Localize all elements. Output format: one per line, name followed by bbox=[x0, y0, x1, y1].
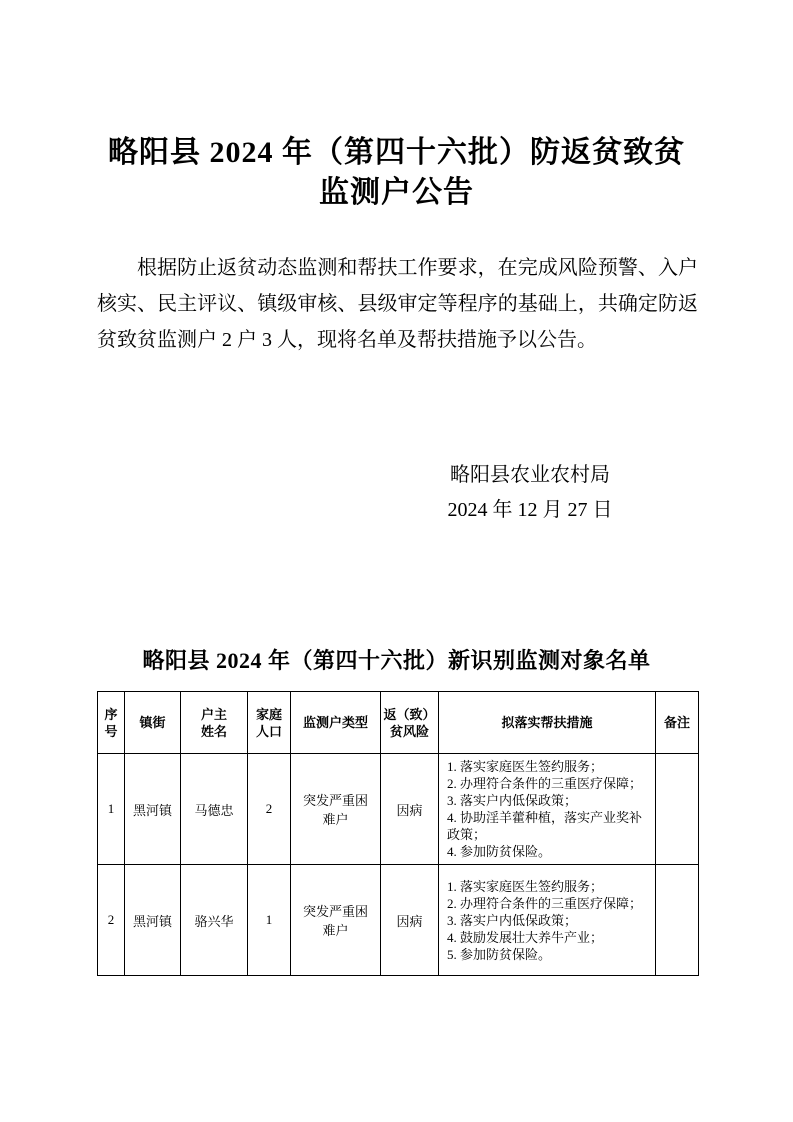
col-header-measures: 拟落实帮扶措施 bbox=[439, 692, 656, 754]
document-page: 略阳县 2024 年（第四十六批）防返贫致贫 监测户公告 根据防止返贫动态监测和… bbox=[0, 0, 793, 1122]
cell-risk: 因病 bbox=[381, 865, 439, 976]
cell-householder: 马德忠 bbox=[181, 754, 248, 865]
cell-town: 黑河镇 bbox=[125, 754, 181, 865]
col-header-risk: 返（致） 贫风险 bbox=[381, 692, 439, 754]
cell-household-type: 突发严重困难户 bbox=[291, 865, 381, 976]
issuer-name: 略阳县农业农村局 bbox=[441, 458, 619, 493]
col-header-remarks: 备注 bbox=[656, 692, 699, 754]
table-title: 略阳县 2024 年（第四十六批）新识别监测对象名单 bbox=[0, 644, 793, 675]
monitoring-roster-table: 序 号 镇街 户主 姓名 家庭 人口 监测户类型 返（致） 贫风险 拟落实帮扶措… bbox=[97, 691, 699, 976]
cell-remark bbox=[656, 865, 699, 976]
col-header-householder: 户主 姓名 bbox=[181, 692, 248, 754]
cell-household-type: 突发严重困难户 bbox=[291, 754, 381, 865]
table-row: 2 黑河镇 骆兴华 1 突发严重困难户 因病 1. 落实家庭医生签约服务； 2.… bbox=[98, 865, 699, 976]
cell-householder: 骆兴华 bbox=[181, 865, 248, 976]
signature-block: 略阳县农业农村局 2024 年 12 月 27 日 bbox=[441, 458, 619, 528]
document-title: 略阳县 2024 年（第四十六批）防返贫致贫 监测户公告 bbox=[0, 133, 793, 213]
col-header-serial: 序 号 bbox=[98, 692, 125, 754]
col-header-household-type: 监测户类型 bbox=[291, 692, 381, 754]
table-row: 1 黑河镇 马德忠 2 突发严重困难户 因病 1. 落实家庭医生签约服务； 2.… bbox=[98, 754, 699, 865]
cell-family-size: 1 bbox=[248, 865, 291, 976]
table-header-row: 序 号 镇街 户主 姓名 家庭 人口 监测户类型 返（致） 贫风险 拟落实帮扶措… bbox=[98, 692, 699, 754]
cell-family-size: 2 bbox=[248, 754, 291, 865]
cell-measures: 1. 落实家庭医生签约服务； 2. 办理符合条件的三重医疗保障； 3. 落实户内… bbox=[439, 754, 656, 865]
cell-measures: 1. 落实家庭医生签约服务； 2. 办理符合条件的三重医疗保障； 3. 落实户内… bbox=[439, 865, 656, 976]
cell-serial: 2 bbox=[98, 865, 125, 976]
cell-risk: 因病 bbox=[381, 754, 439, 865]
cell-serial: 1 bbox=[98, 754, 125, 865]
cell-remark bbox=[656, 754, 699, 865]
cell-town: 黑河镇 bbox=[125, 865, 181, 976]
col-header-town: 镇街 bbox=[125, 692, 181, 754]
announcement-body: 根据防止返贫动态监测和帮扶工作要求，在完成风险预警、入户核实、民主评议、镇级审核… bbox=[97, 250, 698, 358]
issue-date: 2024 年 12 月 27 日 bbox=[441, 493, 619, 528]
col-header-family-size: 家庭 人口 bbox=[248, 692, 291, 754]
